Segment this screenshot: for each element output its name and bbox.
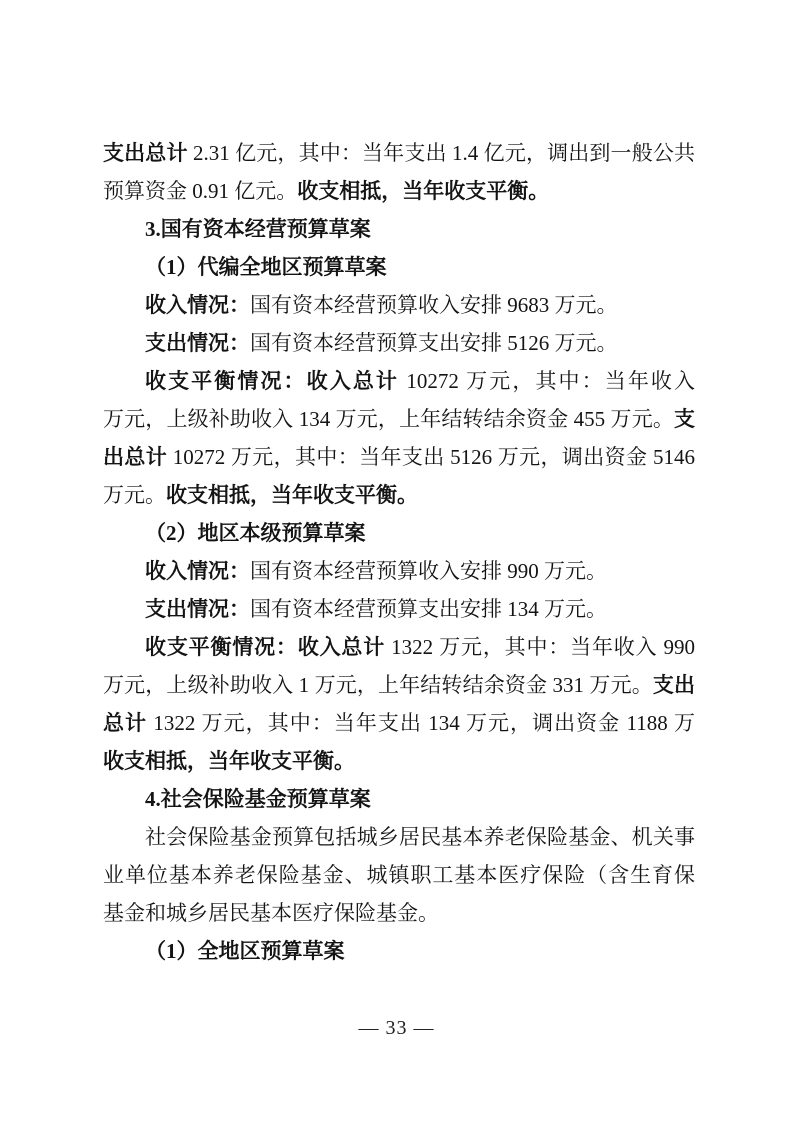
bold-text-segment: 支出情况： [145,597,250,621]
bold-text-segment: 收支相抵，当年收支平衡。 [297,179,549,203]
text-segment: 业单位基本养老保险基金、城镇职工基本医疗保险（含生育保险） [103,863,695,894]
bold-text-segment: 支出情况： [145,331,250,355]
text-line: 支出情况：国有资本经营预算支出安排 134 万元。 [103,590,695,628]
text-segment: 1322 万元，其中：当年收入 990 [385,635,695,659]
bold-text-segment: 收支平衡情况：收入总计 [145,369,399,393]
text-line: 总计 1322 万元，其中：当年支出 134 万元，调出资金 1188 万元。 [103,704,695,742]
document-page: 支出总计 2.31 亿元，其中：当年支出 1.4 亿元，调出到一般公共预算资金 … [0,0,793,1122]
document-body: 支出总计 2.31 亿元，其中：当年支出 1.4 亿元，调出到一般公共预算资金 … [103,134,695,970]
text-line: 支出总计 2.31 亿元，其中：当年支出 1.4 亿元，调出到一般公共 [103,134,695,172]
text-line: 万元。收支相抵，当年收支平衡。 [103,476,695,514]
text-line: 收入情况：国有资本经营预算收入安排 9683 万元。 [103,286,695,324]
bold-text-segment: 收入情况： [145,293,250,317]
text-line: 万元，上级补助收入 134 万元，上年结转结余资金 455 万元。支 [103,400,695,438]
text-segment: 万元，上级补助收入 134 万元，上年结转结余资金 455 万元。 [103,407,674,431]
text-line: 基金和城乡居民基本医疗保险基金。 [103,894,695,932]
bold-text-segment: 收支平衡情况：收入总计 [145,635,385,659]
text-line: 收支平衡情况：收入总计 1322 万元，其中：当年收入 990 [103,628,695,666]
text-segment: 国有资本经营预算收入安排 990 万元。 [250,559,607,583]
text-line: 预算资金 0.91 亿元。收支相抵，当年收支平衡。 [103,172,695,210]
bold-text-segment: 总计 [103,711,147,735]
bold-text-segment: 出总计 [103,445,167,469]
text-segment: 万元，上级补助收入 1 万元，上年结转结余资金 331 万元。 [103,673,653,697]
bold-text-segment: 支出总计 [103,141,188,165]
text-segment: 10272 万元，其中：当年支出 5126 万元，调出资金 5146 [167,445,695,469]
text-line: 收支平衡情况：收入总计 10272 万元，其中：当年收入 9683 [103,362,695,400]
bold-text-segment: （1）代编全地区预算草案 [145,255,387,279]
heading-line: （2）地区本级预算草案 [103,514,695,552]
text-line: 万元，上级补助收入 1 万元，上年结转结余资金 331 万元。支出 [103,666,695,704]
heading-line: 3.国有资本经营预算草案 [103,210,695,248]
text-segment: 1322 万元，其中：当年支出 134 万元，调出资金 1188 万元。 [103,711,695,742]
heading-line: （1）全地区预算草案 [103,932,695,970]
text-line: 收支相抵，当年收支平衡。 [103,742,695,780]
text-line: 收入情况：国有资本经营预算收入安排 990 万元。 [103,552,695,590]
bold-text-segment: 支出 [653,673,695,697]
text-line: 出总计 10272 万元，其中：当年支出 5126 万元，调出资金 5146 [103,438,695,476]
text-segment: 国有资本经营预算支出安排 5126 万元。 [250,331,618,355]
bold-text-segment: 收支相抵，当年收支平衡。 [103,749,355,773]
text-line: 业单位基本养老保险基金、城镇职工基本医疗保险（含生育保险） [103,856,695,894]
bold-text-segment: （2）地区本级预算草案 [145,521,366,545]
text-segment: 基金和城乡居民基本医疗保险基金。 [103,901,439,925]
page-footer: — 33 — [0,1014,793,1042]
text-segment: 预算资金 0.91 亿元。 [103,179,297,203]
bold-text-segment: 收支相抵，当年收支平衡。 [166,483,418,507]
text-line: 社会保险基金预算包括城乡居民基本养老保险基金、机关事 [103,818,695,856]
bold-text-segment: （1）全地区预算草案 [145,939,345,963]
text-segment: 2.31 亿元，其中：当年支出 1.4 亿元，调出到一般公共 [188,141,695,165]
text-segment: 国有资本经营预算支出安排 134 万元。 [250,597,607,621]
bold-text-segment: 4.社会保险基金预算草案 [145,787,371,811]
text-segment: 万元。 [103,483,166,507]
heading-line: （1）代编全地区预算草案 [103,248,695,286]
text-segment: 社会保险基金预算包括城乡居民基本养老保险基金、机关事 [145,825,695,849]
text-segment: 国有资本经营预算收入安排 9683 万元。 [250,293,618,317]
text-line: 支出情况：国有资本经营预算支出安排 5126 万元。 [103,324,695,362]
bold-text-segment: 3.国有资本经营预算草案 [145,217,371,241]
bold-text-segment: 支 [674,407,695,431]
bold-text-segment: 收入情况： [145,559,250,583]
page-number: — 33 — [359,1017,435,1039]
heading-line: 4.社会保险基金预算草案 [103,780,695,818]
